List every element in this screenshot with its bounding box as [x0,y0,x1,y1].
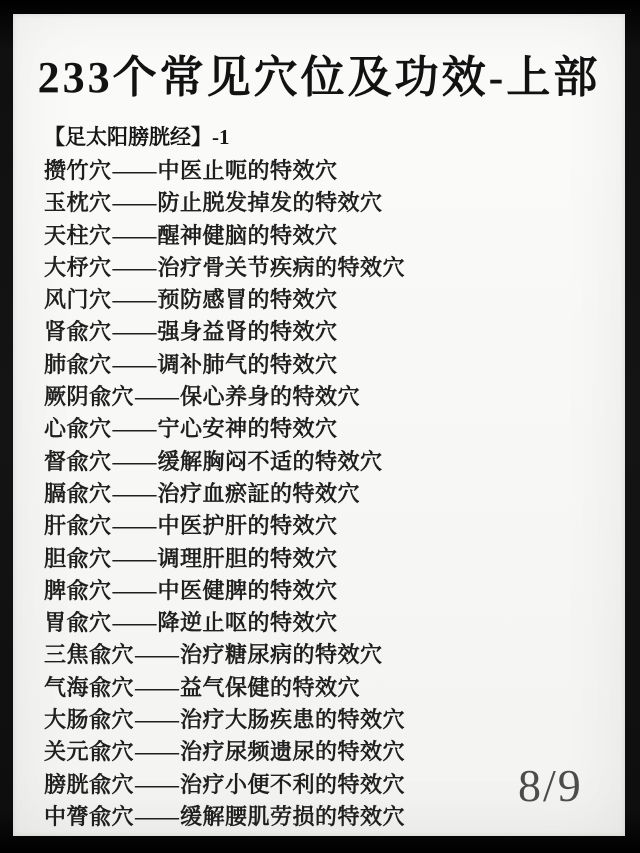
point-name: 关元兪穴 [44,739,134,764]
list-item: 督兪穴——缓解胸闷不适的特效穴 [44,446,605,478]
separator-dash: —— [112,190,158,215]
list-item: 肺兪穴——调补肺气的特效穴 [44,349,605,381]
point-name: 厥阴兪穴 [44,384,134,409]
point-name: 风门穴 [44,287,112,312]
list-item: 肝兪穴——中医护肝的特效穴 [44,510,605,542]
list-item: 攒竹穴——中医止呃的特效穴 [44,155,605,187]
point-name: 大肠兪穴 [44,707,134,732]
separator-dash: —— [112,513,158,538]
list-item: 脾兪穴——中医健脾的特效穴 [44,575,605,607]
page-number: 8/9 [518,760,583,812]
effect-text: 中医护肝的特效穴 [158,513,338,538]
list-item: 玉枕穴——防止脱发掉发的特效穴 [44,187,605,219]
effect-text: 缓解腰肌劳损的特效穴 [180,804,405,829]
effect-text: 中医健脾的特效穴 [158,578,338,603]
point-name: 心兪穴 [44,416,112,441]
list-item: 大杼穴——治疗骨关节疾病的特效穴 [44,252,605,284]
section-header: 【足太阳膀胱经】-1 [44,126,230,148]
list-item: 厥阴兪穴——保心养身的特效穴 [44,381,605,413]
point-name: 督兪穴 [44,449,112,474]
point-name: 肺兪穴 [44,352,112,377]
point-name: 膀胱兪穴 [44,772,134,797]
page-title: 233个常见穴位及功效-上部 [13,54,625,102]
separator-dash: —— [112,319,158,344]
point-name: 玉枕穴 [44,190,112,215]
separator-dash: —— [134,739,180,764]
effect-text: 治疗骨关节疾病的特效穴 [158,255,406,280]
list-item: 心兪穴——宁心安神的特效穴 [44,413,605,445]
point-name: 攒竹穴 [44,158,112,183]
list-item: 三焦兪穴——治疗糖尿病的特效穴 [44,639,605,671]
effect-text: 调补肺气的特效穴 [158,352,338,377]
point-name: 胆兪穴 [44,546,112,571]
separator-dash: —— [112,449,158,474]
point-name: 肝兪穴 [44,513,112,538]
effect-text: 预防感冒的特效穴 [158,287,338,312]
effect-text: 宁心安神的特效穴 [158,416,338,441]
list-item: 风门穴——预防感冒的特效穴 [44,284,605,316]
effect-text: 治疗小便不利的特效穴 [180,772,405,797]
photo-background: 233个常见穴位及功效-上部 【足太阳膀胱经】-1 攒竹穴——中医止呃的特效穴 … [0,0,640,853]
effect-text: 益气保健的特效穴 [180,675,360,700]
effect-text: 治疗尿频遗尿的特效穴 [180,739,405,764]
point-name: 肾兪穴 [44,319,112,344]
separator-dash: —— [112,287,158,312]
point-name: 三焦兪穴 [44,642,134,667]
effect-text: 治疗糖尿病的特效穴 [180,642,383,667]
separator-dash: —— [134,804,180,829]
point-name: 胃兪穴 [44,610,112,635]
point-name: 气海兪穴 [44,675,134,700]
list-item: 肾兪穴——强身益肾的特效穴 [44,316,605,348]
separator-dash: —— [112,158,158,183]
point-name: 脾兪穴 [44,578,112,603]
effect-text: 降逆止呕的特效穴 [158,610,338,635]
separator-dash: —— [134,675,180,700]
document-page: 233个常见穴位及功效-上部 【足太阳膀胱经】-1 攒竹穴——中医止呃的特效穴 … [13,14,625,836]
separator-dash: —— [112,481,158,506]
separator-dash: —— [112,255,158,280]
effect-text: 保心养身的特效穴 [180,384,360,409]
effect-text: 治疗大肠疾患的特效穴 [180,707,405,732]
effect-text: 治疗血瘀証的特效穴 [158,481,361,506]
point-name: 天柱穴 [44,223,112,248]
effect-text: 缓解胸闷不适的特效穴 [158,449,383,474]
effect-text: 防止脱发掉发的特效穴 [158,190,383,215]
entry-list: 攒竹穴——中医止呃的特效穴 玉枕穴——防止脱发掉发的特效穴 天柱穴——醒神健脑的… [44,155,605,833]
separator-dash: —— [112,223,158,248]
separator-dash: —— [112,610,158,635]
list-item: 天柱穴——醒神健脑的特效穴 [44,220,605,252]
separator-dash: —— [134,642,180,667]
separator-dash: —— [112,546,158,571]
point-name: 大杼穴 [44,255,112,280]
separator-dash: —— [134,707,180,732]
separator-dash: —— [112,578,158,603]
list-item: 胆兪穴——调理肝胆的特效穴 [44,543,605,575]
separator-dash: —— [112,416,158,441]
list-item: 胃兪穴——降逆止呕的特效穴 [44,607,605,639]
effect-text: 醒神健脑的特效穴 [158,223,338,248]
effect-text: 调理肝胆的特效穴 [158,546,338,571]
separator-dash: —— [134,384,180,409]
list-item: 膈兪穴——治疗血瘀証的特效穴 [44,478,605,510]
effect-text: 中医止呃的特效穴 [158,158,338,183]
separator-dash: —— [112,352,158,377]
separator-dash: —— [134,772,180,797]
list-item: 气海兪穴——益气保健的特效穴 [44,672,605,704]
point-name: 膈兪穴 [44,481,112,506]
point-name: 中膂兪穴 [44,804,134,829]
list-item: 大肠兪穴——治疗大肠疾患的特效穴 [44,704,605,736]
effect-text: 强身益肾的特效穴 [158,319,338,344]
